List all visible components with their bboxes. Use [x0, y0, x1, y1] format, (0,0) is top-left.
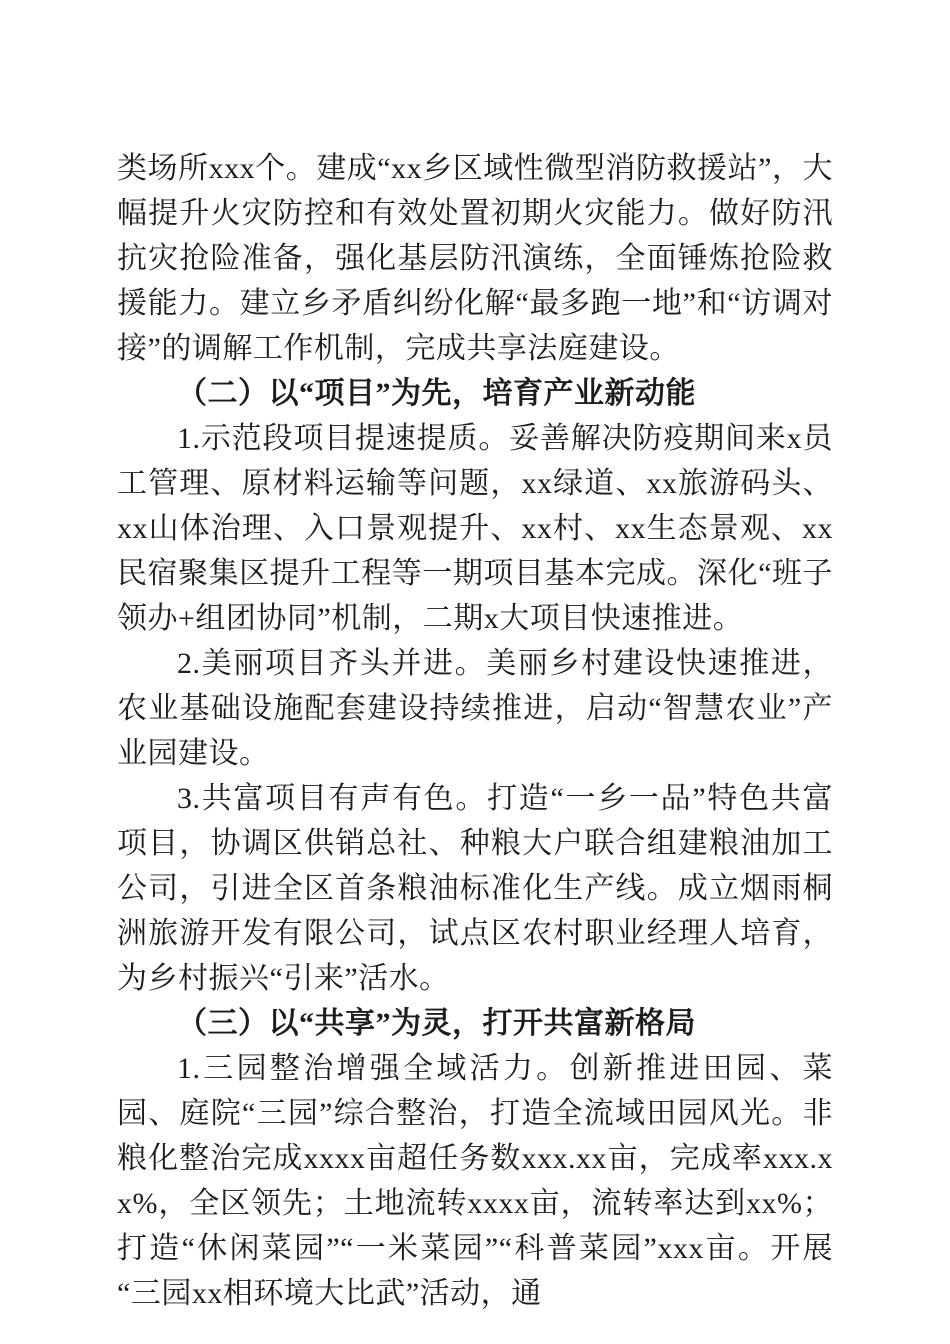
paragraph-item-1-demonstration-projects: 1.示范段项目提速提质。妥善解决防疫期间来x员工管理、原材料运输等问题，xx绿道…: [117, 416, 833, 641]
paragraph-item-2-beautiful-projects: 2.美丽项目齐头并进。美丽乡村建设快速推进，农业基础设施配套建设持续推进，启动“…: [117, 641, 833, 776]
section-heading-2: （二）以“项目”为先，培育产业新动能: [117, 371, 833, 416]
section-heading-3: （三）以“共享”为灵，打开共富新格局: [117, 1001, 833, 1046]
document-body: 类场所xxx个。建成“xx乡区域性微型消防救援站”，大幅提升火灾防控和有效处置初…: [117, 146, 833, 1316]
paragraph-continued: 类场所xxx个。建成“xx乡区域性微型消防救援站”，大幅提升火灾防控和有效处置初…: [117, 146, 833, 371]
document-page: 类场所xxx个。建成“xx乡区域性微型消防救援站”，大幅提升火灾防控和有效处置初…: [0, 0, 950, 1344]
paragraph-item-1-three-gardens: 1.三园整治增强全域活力。创新推进田园、菜园、庭院“三园”综合整治，打造全流域田…: [117, 1046, 833, 1316]
paragraph-item-3-common-prosperity-projects: 3.共富项目有声有色。打造“一乡一品”特色共富项目，协调区供销总社、种粮大户联合…: [117, 776, 833, 1001]
